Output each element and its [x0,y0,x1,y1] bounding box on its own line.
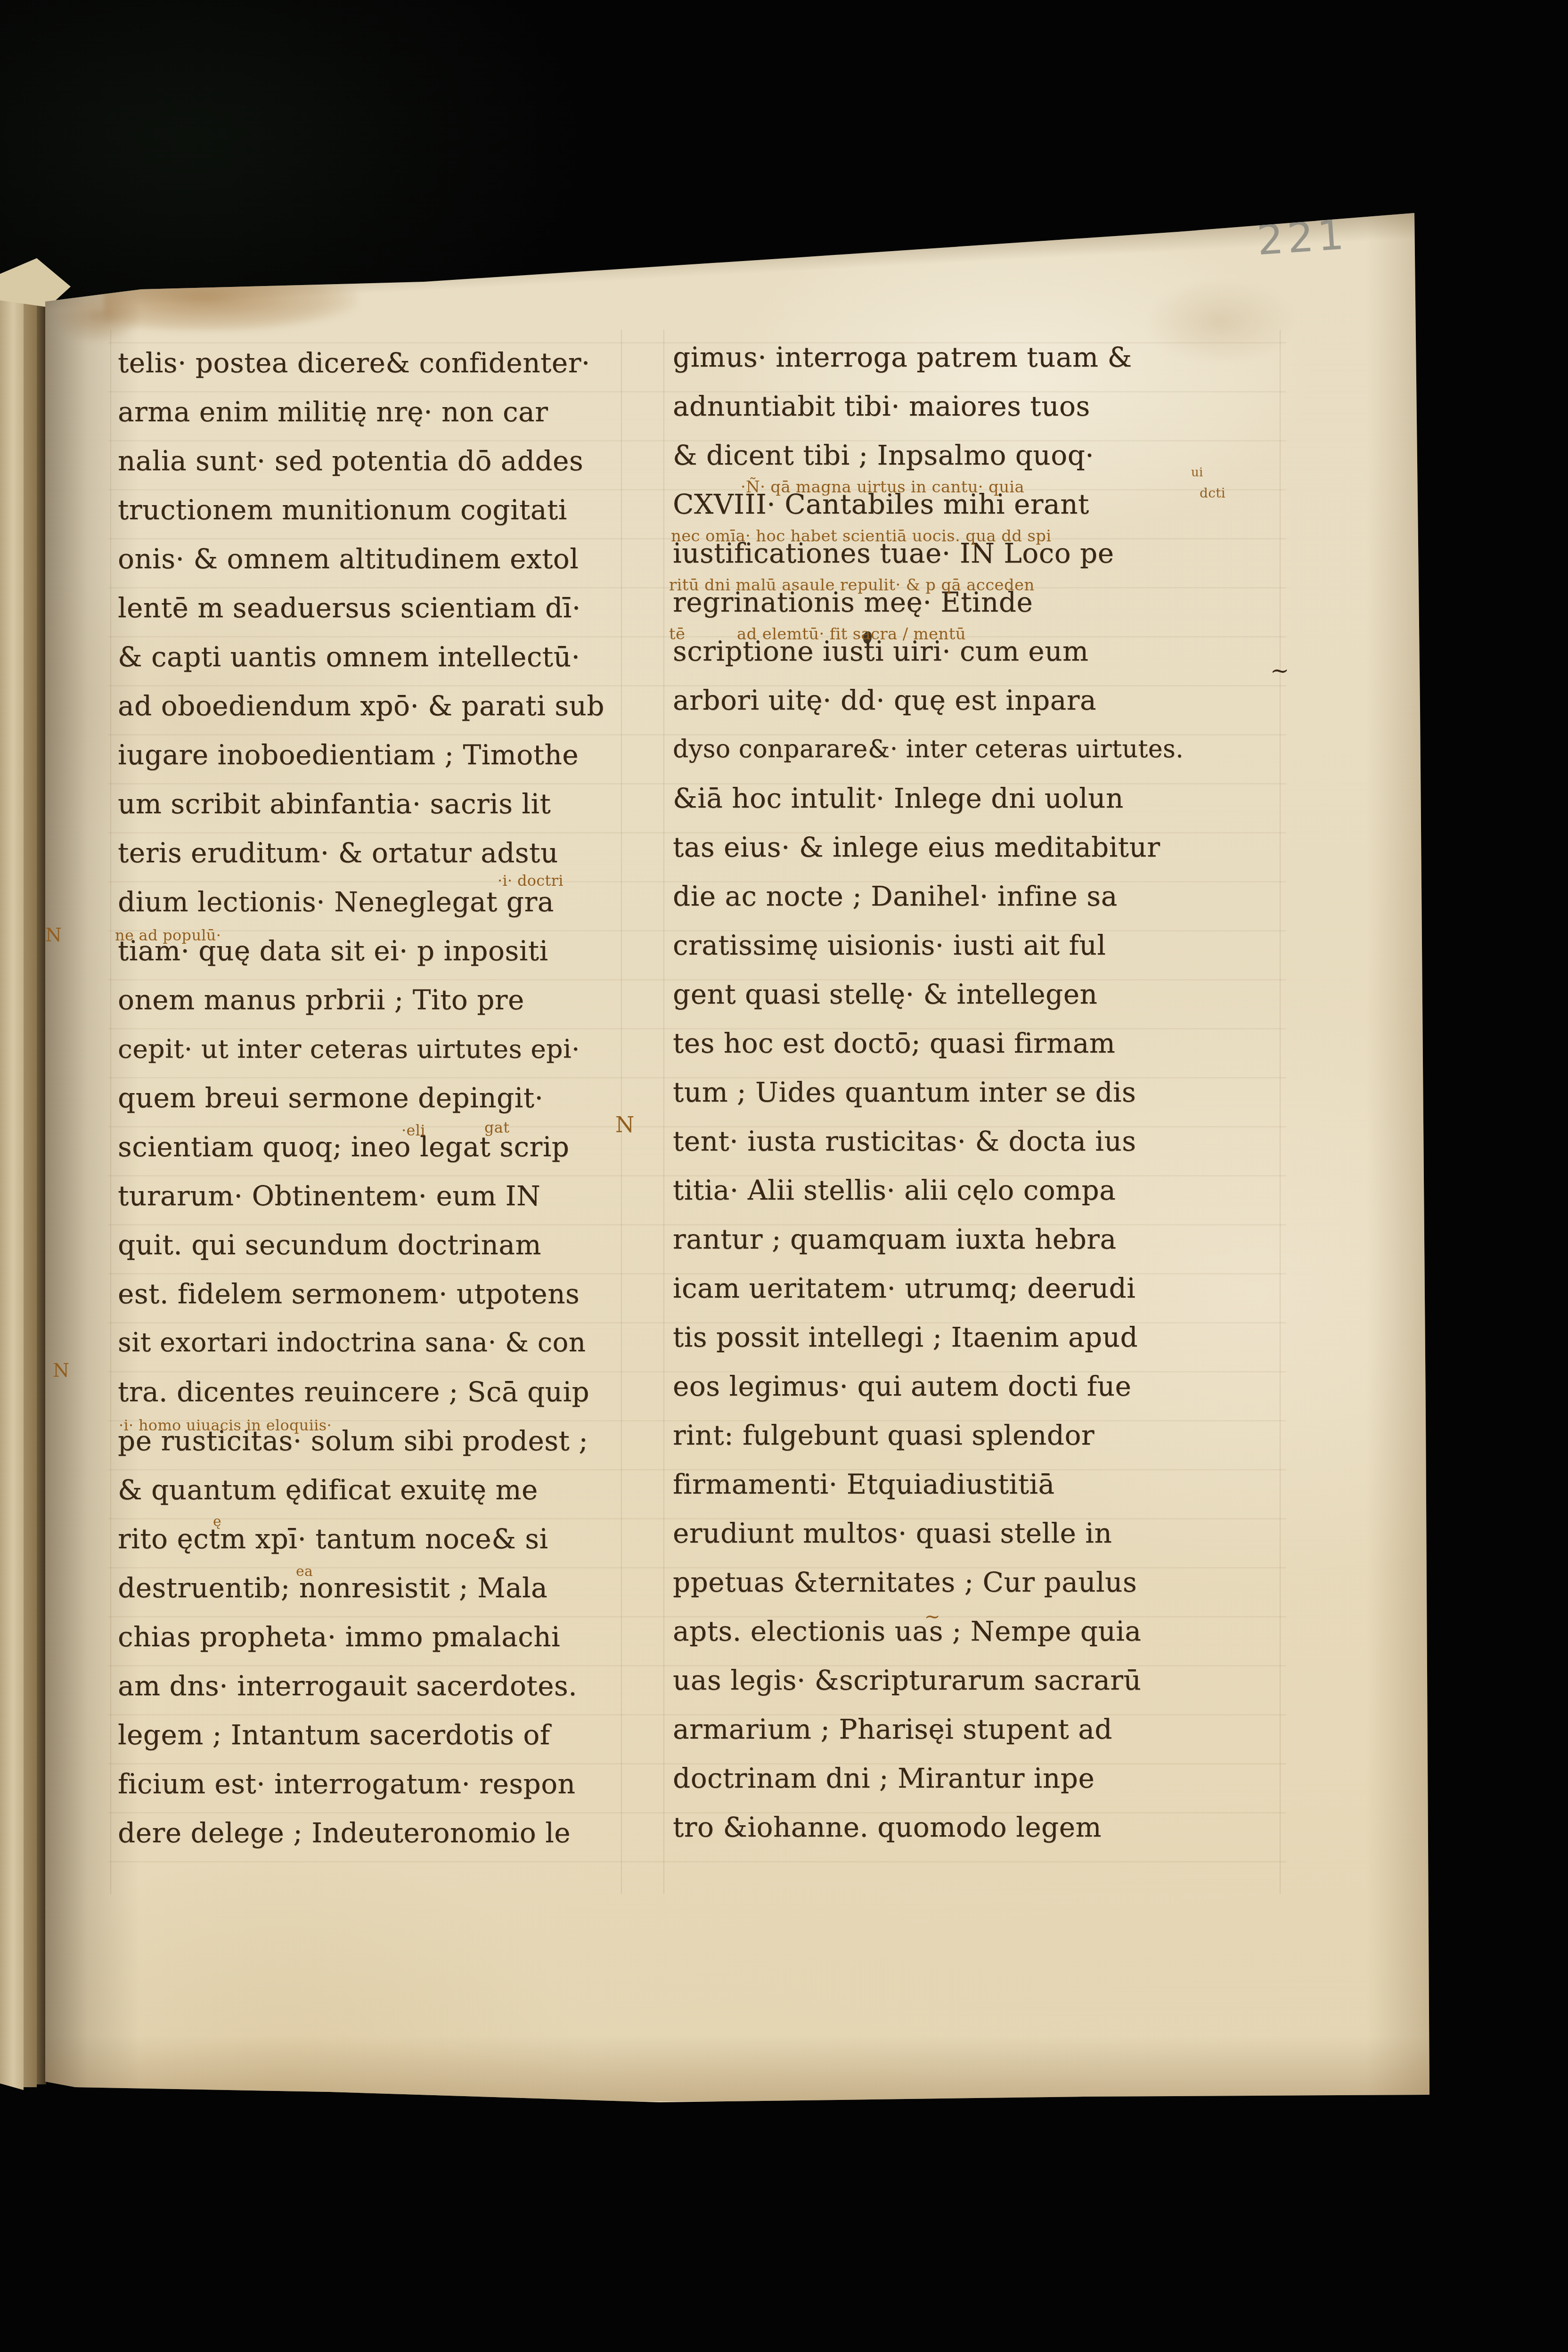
text-line: rito ęctm xpī· tantum noce& si [118,1523,548,1555]
ruling-vertical [663,330,664,1894]
text-line: onis· & omnem altitudinem extol [118,543,579,575]
text-line: nalia sunt· sed potentia dō addes [118,445,583,477]
folio-number: 221 [1256,210,1349,264]
text-line: ad oboediendum xpō· & parati sub [118,690,604,722]
interlinear-gloss: nec omīa· hoc habet scientiā uocis. qua … [671,527,1051,546]
text-line: doctrinam dni ; Mirantur inpe [673,1762,1094,1794]
text-line: turarum· Obtinentem· eum IN [118,1180,540,1212]
stain [56,288,140,343]
text-line: cepit· ut inter ceteras uirtutes epi· [118,1034,580,1064]
text-line: apts. electionis uas ; Nempe quia [673,1615,1141,1647]
text-line: destruentib; nonresistit ; Mala [118,1572,547,1604]
text-line: eos legimus· qui autem docti fue [673,1370,1131,1402]
text-line: dium lectionis· Neneglegat gra [118,886,554,918]
text-line: tes hoc est doctō; quasi firmam [673,1027,1115,1059]
interlinear-gloss: ę [213,1513,221,1530]
text-line: chias propheta· immo pmalachi [118,1621,560,1653]
stain [104,271,358,332]
interlinear-gloss: gat [484,1119,509,1136]
text-line: tis possit intellegi ; Itaenim apud [673,1321,1138,1353]
ruling-vertical [1280,330,1281,1894]
text-line: & dicent tibi ; Inpsalmo quoq· [673,439,1094,471]
text-line: arbori uitę· dd· quę est inpara [673,684,1096,716]
text-line: cratissimę uisionis· iusti ait ful [673,929,1106,961]
folio-stack-edge [0,282,24,2090]
text-line: sit exortari indoctrina sana· & con [118,1327,586,1358]
text-line: tructionem munitionum cogitati [118,494,567,526]
folio-stack-edge [24,287,37,2087]
text-line: titia· Alii stellis· alii cęlo compa [673,1174,1116,1206]
text-line: quem breui sermone depingit· [118,1082,544,1114]
interlinear-gloss: ne ad populū· [115,926,221,944]
text-line: & quantum ędificat exuitę me [118,1474,538,1506]
interlinear-gloss: dcti [1200,485,1225,501]
text-line: legem ; Intantum sacerdotis of [118,1719,550,1751]
nota-mark: N [615,1112,634,1137]
text-line: dere delege ; Indeuteronomio le [118,1817,571,1849]
text-line: firmamenti· Etquiadiustitiā [673,1468,1055,1500]
text-line: iugare inoboedientiam ; Timothe [118,739,579,771]
text-line: tent· iusta rusticitas· & docta ius [673,1125,1136,1157]
text-line: rint: fulgebunt quasi splendor [673,1419,1094,1451]
text-line: dyso conparare&· inter ceteras uirtutes. [673,735,1184,763]
text-line: am dns· interrogauit sacerdotes. [118,1670,577,1702]
manuscript-scan: 221 telis· postea dicere& confidenter·ar… [0,0,1568,2352]
interlinear-gloss: ~ [924,1606,940,1627]
text-line: rantur ; quamquam iuxta hebra [673,1223,1117,1255]
text-line: ficium est· interrogatum· respon [118,1768,575,1800]
nota-mark: N [45,924,62,946]
nota-mark: N [53,1360,69,1381]
interlinear-gloss: ritū dni malū asaule repulit· & p qā acc… [669,576,1035,595]
text-line: teris eruditum· & ortatur adstu [118,837,558,869]
text-line: tro &iohanne. quomodo legem [673,1811,1102,1843]
interlinear-gloss: ·i· doctri [498,872,563,890]
text-line: die ac nocte ; Danihel· infine sa [673,880,1118,912]
text-line: est. fidelem sermonem· utpotens [118,1278,580,1310]
text-line: ppetuas &ternitates ; Cur paulus [673,1566,1137,1598]
text-line: armarium ; Pharisęi stupent ad [673,1713,1112,1745]
text-line: um scribit abinfantia· sacris lit [118,788,551,820]
text-line: tra. dicentes reuincere ; Scā quip [118,1376,589,1408]
text-line: erudiunt multos· quasi stelle in [673,1517,1112,1549]
text-line: quit. qui secundum doctrinam [118,1229,541,1261]
interlinear-gloss: tē [669,625,685,644]
page-edge-shadow [42,2035,1432,2101]
text-line: onem manus prbrii ; Tito pre [118,984,524,1016]
interlinear-gloss: ad elemtū· fit sacra / mentū [737,625,966,644]
interlinear-gloss: ·i· homo uiuacis in eloquiis· [119,1416,332,1434]
text-line: telis· postea dicere& confidenter· [118,347,590,379]
manuscript-page: 221 telis· postea dicere& confidenter·ar… [0,0,1568,2352]
interlinear-gloss: ui [1191,465,1203,480]
text-line: tas eius· & inlege eius meditabitur [673,831,1160,863]
page-edge-shadow [1366,207,1432,2101]
text-line: gent quasi stellę· & intellegen [673,978,1097,1010]
text-line: uas legis· &scripturarum sacrarū [673,1664,1141,1696]
interlinear-gloss: ea [296,1563,313,1580]
ruling-vertical [110,330,111,1894]
interlinear-gloss: ·eli [401,1121,425,1139]
stain [1150,282,1291,362]
text-line: arma enim militię nrę· non car [118,396,548,428]
text-line: & capti uantis omnem intellectū· [118,641,580,673]
text-line: gimus· interroga patrem tuam & [673,341,1132,373]
gutter-crease [37,291,46,2084]
text-line: icam ueritatem· utrumq; deerudi [673,1272,1135,1304]
text-line: lentē m seaduersus scientiam dī· [118,592,581,624]
pen-flourish: ~ [1270,658,1289,684]
text-line: adnuntiabit tibi· maiores tuos [673,390,1090,422]
text-line: &iā hoc intulit· Inlege dni uolun [673,782,1124,814]
interlinear-gloss: ·Ñ· qā magna uirtus in cantu· quia [741,478,1024,497]
text-line: tum ; Uides quantum inter se dis [673,1076,1136,1108]
